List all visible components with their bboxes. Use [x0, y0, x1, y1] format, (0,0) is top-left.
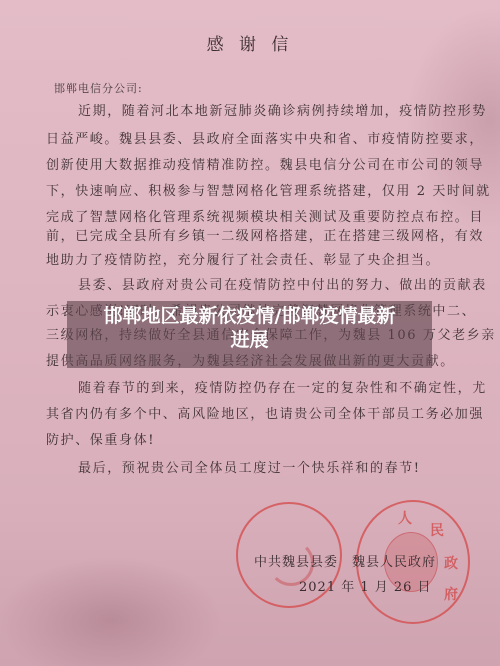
letter-salutation: 邯郸电信分公司:: [54, 80, 143, 96]
paragraph-line: 防护、保重身体!: [46, 429, 155, 448]
gov-seal-text: 府: [444, 584, 458, 604]
signatory-government: 魏县人民政府: [352, 555, 436, 570]
headline-line-1: 邯郸地区最新依疫情/邯郸疫情最新: [67, 304, 432, 328]
headline-text: 邯郸地区最新依疫情/邯郸疫情最新 进展: [67, 304, 432, 352]
paragraph-line: 最后，预祝贵公司全体员工度过一个快乐祥和的春节!: [78, 457, 421, 476]
signatory-party: 中共魏县县委: [254, 555, 338, 570]
gov-seal-text: 人: [398, 508, 412, 528]
paragraph-line: 创新使用大数据推动疫情精准防控。魏县电信分公司在市公司的领导: [46, 154, 484, 173]
paragraph-line: 其省内仍有多个中、高风险地区，也请贵公司全体干部员工务必加强: [46, 403, 484, 422]
paragraph-line: 随着春节的到来，疫情防控仍存在一定的复杂性和不确定性，尤: [78, 377, 487, 396]
paragraph-line: 下，快速响应、积极参与智慧网格化管理系统搭建，仅用 2 天时间就: [46, 180, 491, 199]
letter-title: 感 谢 信: [0, 30, 500, 55]
gov-seal-text: 政: [444, 553, 458, 573]
gov-seal-text: 民: [430, 520, 444, 540]
paragraph-line: 县委、县政府对贵公司在疫情防控中付出的努力、做出的贡献表: [78, 274, 487, 293]
signatories: 中共魏县县委魏县人民政府: [254, 551, 436, 570]
paragraph-line: 日益严峻。魏县县委、县政府全面落实中央和省、市疫情防控要求，: [46, 128, 484, 147]
paragraph-line: 完成了智慧网格化管理系统视频模块相关测试及重要防控点布控。目: [46, 206, 484, 225]
paragraph-line: 前，已完成全县所有乡镇一二级网格搭建，正在搭建三级网格，有效: [46, 225, 484, 244]
letter-photo: 感 谢 信 邯郸电信分公司: 近期，随着河北本地新冠肺炎确诊病例持续增加，疫情防…: [0, 0, 500, 666]
paragraph-line: 地助力了疫情防控，充分履行了社会责任、彰显了央企担当。: [46, 249, 440, 268]
headline-line-2: 进展: [67, 328, 432, 352]
letter-date: 2021 年 1 月 26 日: [299, 576, 432, 595]
paragraph-line: 近期，随着河北本地新冠肺炎确诊病例持续增加，疫情防控形势: [78, 100, 487, 119]
